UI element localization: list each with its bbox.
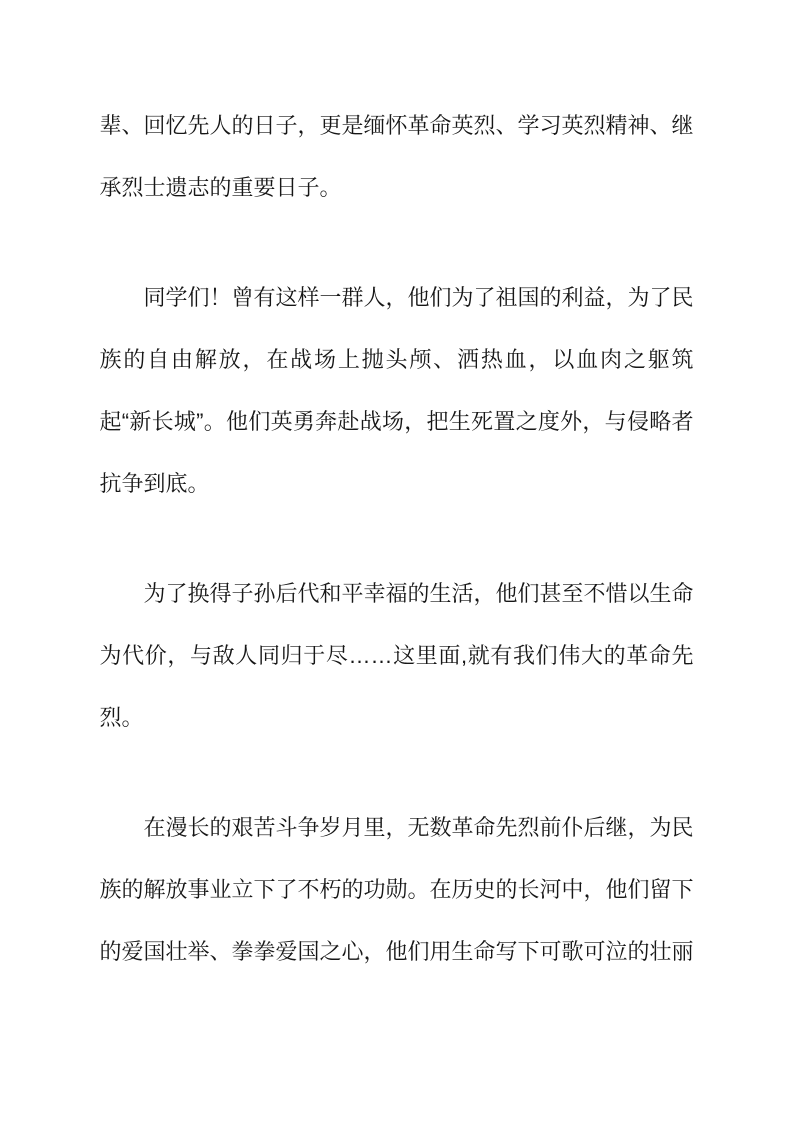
paragraph-history: 在漫长的艰苦斗争岁月里，无数革命先烈前仆后继，为民族的解放事业立下了不朽的功勋。… [100, 797, 694, 983]
paragraph-continuation: 辈、回忆先人的日子，更是缅怀革命英烈、学习英烈精神、继承烈士遗志的重要日子。 [100, 95, 694, 219]
paragraph-address-students: 同学们！曾有这样一群人，他们为了祖国的利益，为了民族的自由解放，在战场上抛头颅、… [100, 267, 694, 515]
document-body: 辈、回忆先人的日子，更是缅怀革命英烈、学习英烈精神、继承烈士遗志的重要日子。 同… [100, 0, 694, 983]
document-page: 辈、回忆先人的日子，更是缅怀革命英烈、学习英烈精神、继承烈士遗志的重要日子。 同… [0, 0, 793, 1122]
paragraph-sacrifice: 为了换得子孙后代和平幸福的生活，他们甚至不惜以生命为代价，与敌人同归于尽……这里… [100, 563, 694, 749]
